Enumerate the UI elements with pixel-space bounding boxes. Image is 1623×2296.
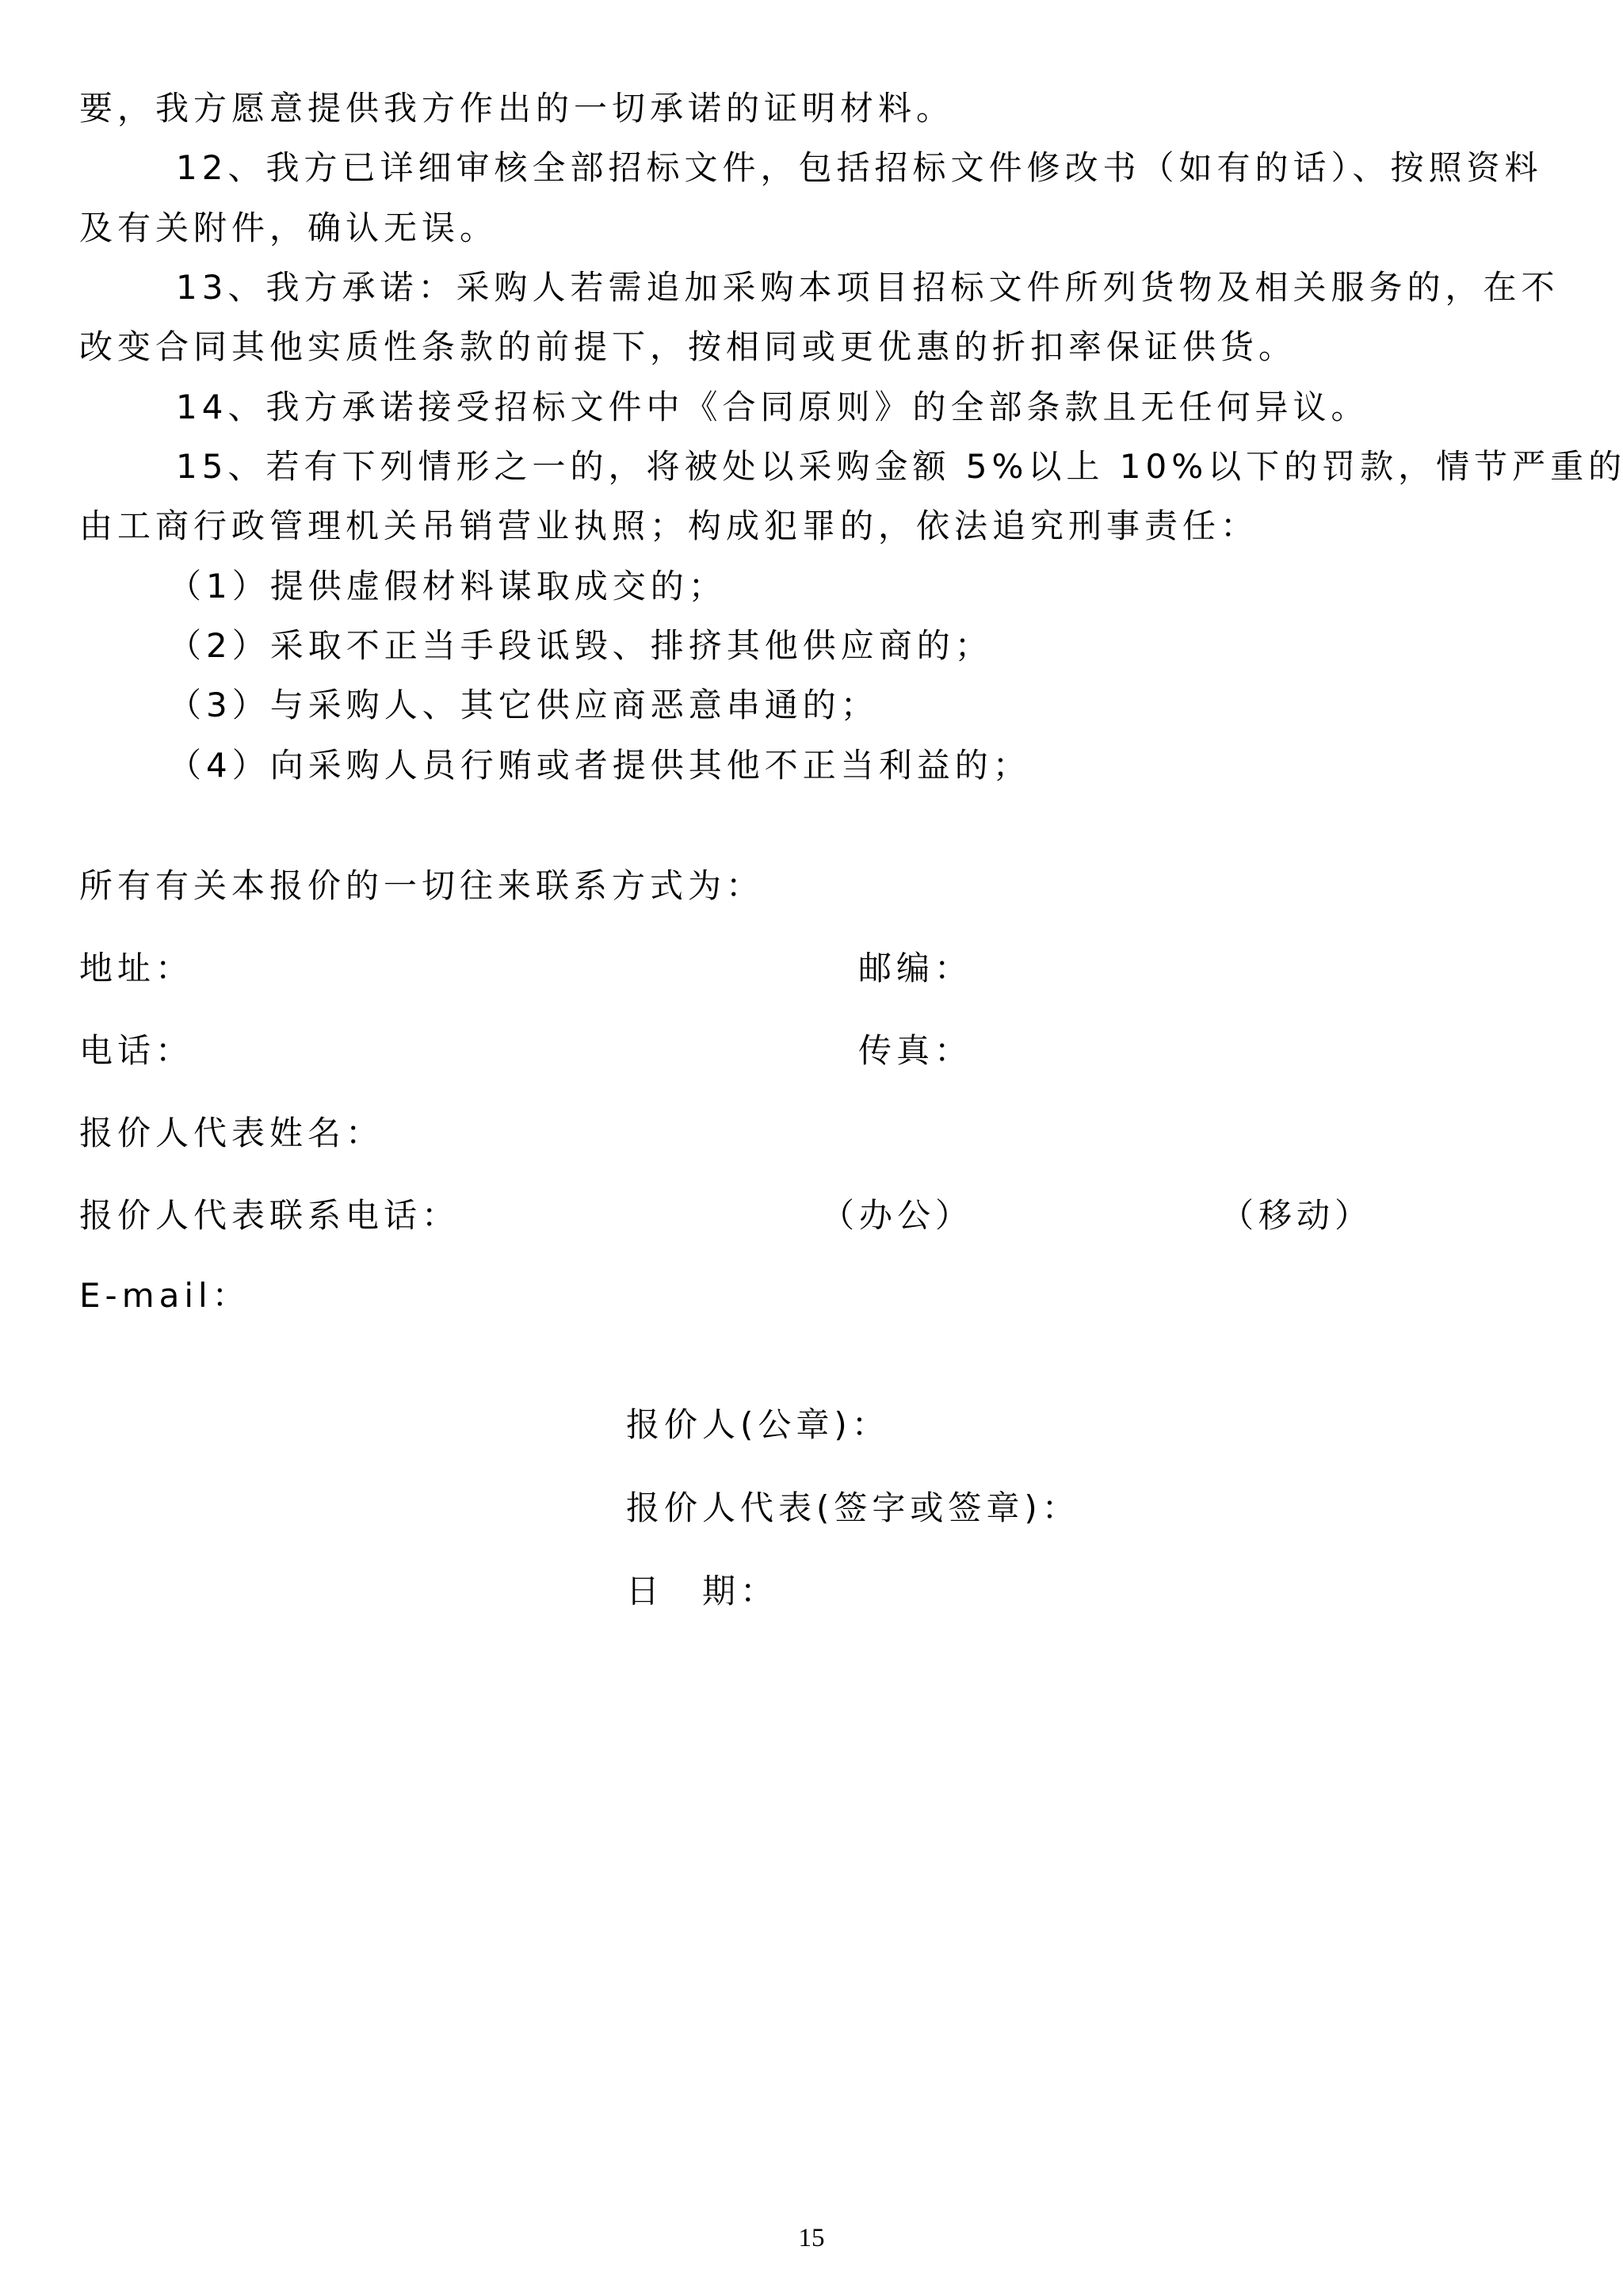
address-label: 地址： [79, 949, 193, 988]
document-line-item-2: （2）采取不正当手段诋毁、排挤其他供应商的； [168, 626, 993, 666]
document-line-clause-14: 14、我方承诺接受招标文件中《合同原则》的全部条款且无任何异议。 [176, 388, 1369, 427]
document-line: 要，我方愿意提供我方作出的一切承诺的证明材料。 [79, 89, 954, 128]
email-label: E-mail： [79, 1276, 250, 1316]
document-line-item-4: （4）向采购人员行贿或者提供其他不正当利益的； [168, 746, 1031, 785]
document-line: 由工商行政管理机关吊销营业执照；构成犯罪的，依法追究刑事责任： [79, 506, 1258, 546]
bidder-seal-label: 报价人(公章)： [626, 1405, 890, 1445]
page-number: 15 [0, 2224, 1623, 2253]
contact-intro: 所有有关本报价的一切往来联系方式为： [79, 866, 764, 906]
document-line-clause-15: 15、若有下列情形之一的，将被处以采购金额 5%以上 10%以下的罚款，情节严重… [176, 447, 1623, 487]
representative-signature-label: 报价人代表(签字或签章)： [626, 1488, 1080, 1528]
office-phone-label: （办公） [821, 1196, 973, 1236]
document-line: 及有关附件，确认无误。 [79, 208, 498, 248]
representative-name-label: 报价人代表姓名： [79, 1114, 384, 1153]
postcode-label: 邮编： [858, 949, 972, 988]
document-line-item-1: （1）提供虚假材料谋取成交的； [168, 567, 727, 606]
phone-label: 电话： [79, 1031, 193, 1071]
mobile-phone-label: （移动） [1220, 1196, 1373, 1236]
document-line-item-3: （3）与采购人、其它供应商恶意串通的； [168, 686, 879, 725]
document-page: 要，我方愿意提供我方作出的一切承诺的证明材料。 12、我方已详细审核全部招标文件… [0, 0, 1623, 2296]
document-line-clause-12: 12、我方已详细审核全部招标文件，包括招标文件修改书（如有的话）、按照资料 [176, 148, 1542, 188]
date-label: 日 期： [626, 1572, 778, 1611]
fax-label: 传真： [858, 1031, 972, 1071]
representative-phone-label: 报价人代表联系电话： [79, 1196, 460, 1236]
document-line: 改变合同其他实质性条款的前提下，按相同或更优惠的折扣率保证供货。 [79, 327, 1296, 367]
document-line-clause-13: 13、我方承诺：采购人若需追加采购本项目招标文件所列货物及相关服务的，在不 [176, 268, 1559, 308]
